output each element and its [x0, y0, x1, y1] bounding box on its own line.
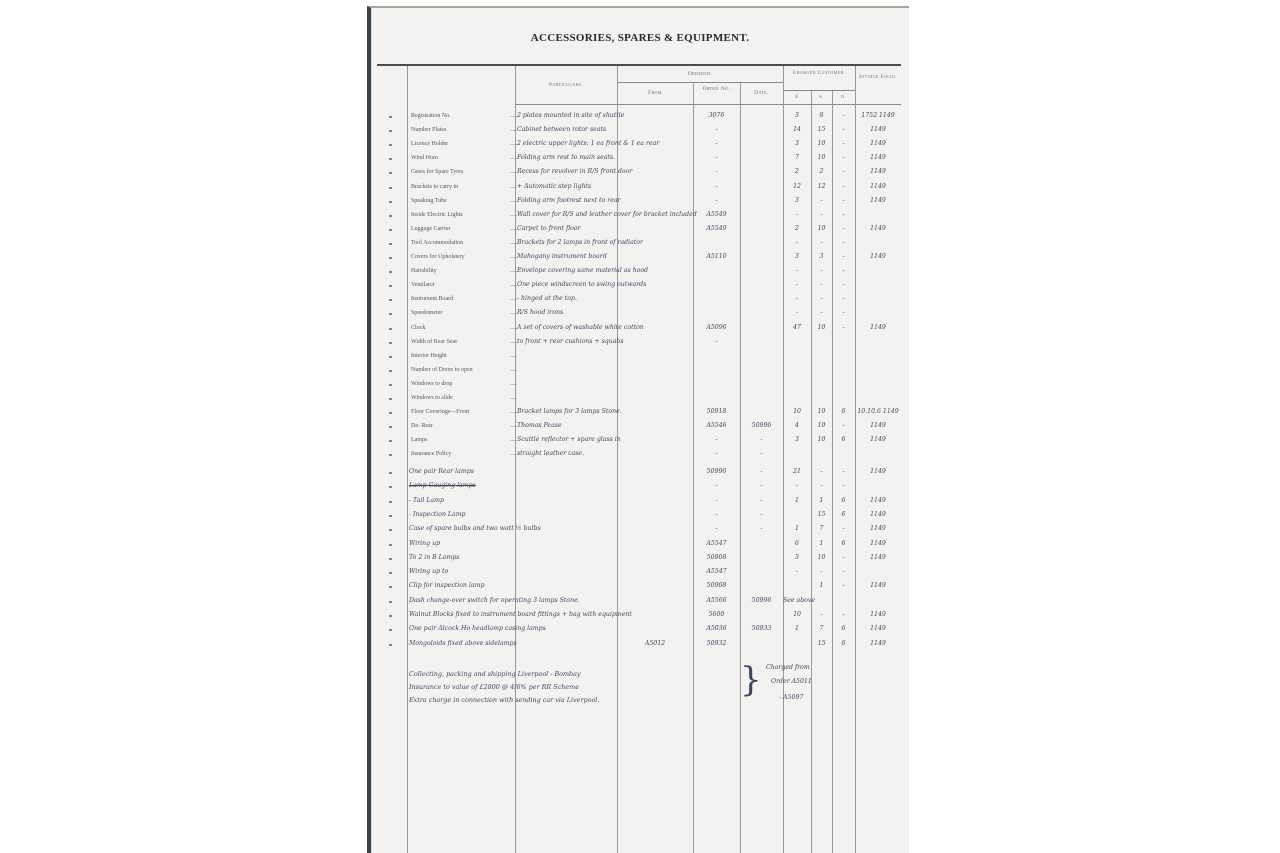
ledger-row: Speedometer—R/S hood irons---: [371, 308, 909, 322]
cell-l: -: [783, 568, 811, 575]
cell-s: -: [811, 568, 832, 575]
bullet-icon: [389, 558, 392, 560]
printed-label: Registration No.: [411, 113, 451, 119]
cell-order-no: 50996: [693, 468, 740, 475]
cell-s: 12: [811, 183, 832, 190]
bullet-icon: [389, 299, 392, 301]
handwritten-entry: One pair Alcock Ho headlamp casing lamps: [409, 625, 546, 632]
cell-folio: 1149: [855, 468, 901, 475]
cell-folio: 1149: [855, 140, 901, 147]
cell-l: See above: [783, 597, 811, 604]
cell-s: 10: [811, 422, 832, 429]
printed-label: Hairsbility: [411, 268, 437, 274]
header-from: From: [617, 90, 693, 96]
cell-date: -: [740, 436, 783, 443]
cell-d: -: [832, 295, 855, 302]
particulars-entry: Recess for revolver in R/S front door: [517, 168, 632, 175]
cell-l: 3: [783, 112, 811, 119]
cell-s: -: [811, 267, 832, 274]
handwritten-entry: - Inspection Lamp: [409, 511, 466, 518]
printed-label: Do. Rear: [411, 423, 433, 429]
bullet-icon: [389, 144, 392, 146]
particulars-entry: 2 plates mounted in site of shuttle: [517, 112, 624, 119]
handwritten-entry: One pair Rear lamps: [409, 468, 474, 475]
handwritten-entry: Walnut Blocks fixed to instrument board …: [409, 611, 632, 618]
footer-note: Collecting, packing and shipping Liverpo…: [409, 670, 581, 678]
cell-s: 3: [811, 253, 832, 260]
cell-folio: 1149: [855, 582, 901, 589]
cell-date: -: [740, 511, 783, 518]
handwritten-entry: Mongoloids fixed above sidelamps: [409, 640, 517, 647]
cell-d: -: [832, 211, 855, 218]
handwritten-entry: Wiring up to: [409, 568, 448, 575]
cell-order-no: -: [693, 154, 740, 161]
cell-order-no: 3076: [693, 112, 740, 119]
bullet-icon: [389, 313, 392, 315]
cell-d: -: [832, 482, 855, 489]
particulars-entry: straight leather case.: [517, 450, 584, 457]
cell-order-no: -: [693, 140, 740, 147]
bullet-icon: [389, 243, 392, 245]
cell-date: 50996: [740, 597, 783, 604]
cell-order-no: -: [693, 197, 740, 204]
bullet-icon: [389, 501, 392, 503]
cell-folio: 1149: [855, 540, 901, 547]
cell-folio: 1149: [855, 511, 901, 518]
ledger-row: Floor Coverings—Front—Bracket lamps for …: [371, 407, 909, 421]
cell-d: -: [832, 468, 855, 475]
particulars-entry: Folding arm footrest next to rear: [517, 197, 621, 204]
ledger-row: Tool Accommodation—Brackets for 2 lamps …: [371, 238, 909, 252]
footer-side-note: - A5097: [779, 694, 803, 701]
ledger-row: One pair Alcock Ho headlamp casing lamps…: [371, 624, 909, 638]
cell-l: 21: [783, 468, 811, 475]
cell-l: 4: [783, 422, 811, 429]
ledger-row: Number Plates—Cabinet between rotor seat…: [371, 125, 909, 139]
leader-dash: —: [510, 295, 517, 303]
leader-dash: —: [510, 267, 517, 275]
ledger-row: Number of Doors to open—: [371, 365, 909, 379]
ledger-row: Windows to drop—: [371, 379, 909, 393]
leader-dash: —: [510, 112, 517, 120]
header-invoice-folio: Invoice Folio.: [855, 74, 901, 80]
ledger-row: Clip for inspection lamp509081-1149: [371, 581, 909, 595]
bullet-icon: [389, 515, 392, 517]
cell-l: 6: [783, 540, 811, 547]
cell-date: -: [740, 468, 783, 475]
cell-folio: 1752 1149: [855, 112, 901, 119]
cell-d: 6: [832, 625, 855, 632]
cell-l: -: [783, 239, 811, 246]
cell-d: -: [832, 611, 855, 618]
ledger-row: Clock—A set of covers of washable white …: [371, 323, 909, 337]
cell-s: -: [811, 281, 832, 288]
leader-dash: —: [510, 239, 517, 247]
cell-s: -: [811, 611, 832, 618]
header-order-no: Order No.: [693, 86, 740, 92]
particulars-entry: R/S hood irons: [517, 309, 563, 316]
ledger-row: Licence Holder—2 electric upper lights: …: [371, 139, 909, 153]
printed-label: Clock: [411, 325, 425, 331]
bullet-icon: [389, 586, 392, 588]
cell-folio: 1149: [855, 197, 901, 204]
handwritten-entry: Wiring up: [409, 540, 440, 547]
bullet-icon: [389, 356, 392, 358]
cell-s: -: [811, 239, 832, 246]
handwritten-entry: Clip for inspection lamp: [409, 582, 484, 589]
cell-l: -: [783, 211, 811, 218]
bullet-icon: [389, 454, 392, 456]
cell-s: 1: [811, 582, 832, 589]
particulars-entry: Bracket lamps for 3 lamps Stone.: [517, 408, 622, 415]
cell-order-no: A5546: [693, 422, 740, 429]
leader-dash: —: [510, 352, 517, 360]
printed-label: Covers for Upholstery: [411, 254, 465, 260]
cell-l: 3: [783, 140, 811, 147]
printed-label: Number of Doors to open: [411, 367, 473, 373]
header-shillings: s.: [811, 94, 832, 100]
cell-order-no: A5110: [693, 253, 740, 260]
cell-order-no: -: [693, 497, 740, 504]
cell-d: -: [832, 239, 855, 246]
cell-order-no: -: [693, 126, 740, 133]
header-pence: d.: [832, 94, 855, 100]
printed-label: Ventilator: [411, 282, 435, 288]
cell-d: 6: [832, 436, 855, 443]
cell-l: -: [783, 267, 811, 274]
particulars-entry: Folding arm rest to main seats.: [517, 154, 615, 161]
ledger-row: Speaking Tube—Folding arm footrest next …: [371, 196, 909, 210]
cell-l: 1: [783, 525, 811, 532]
cell-order-no: -: [693, 450, 740, 457]
particulars-entry: Mahogany instrument board: [517, 253, 607, 260]
printed-label: Licence Holder: [411, 141, 448, 147]
bullet-icon: [389, 615, 392, 617]
particulars-entry: Cabinet between rotor seats: [517, 126, 606, 133]
leader-dash: —: [510, 154, 517, 162]
bullet-icon: [389, 440, 392, 442]
bullet-icon: [389, 342, 392, 344]
bullet-icon: [389, 412, 392, 414]
bullet-icon: [389, 544, 392, 546]
cell-folio: 1149: [855, 611, 901, 618]
cell-folio: 1149: [855, 253, 901, 260]
printed-label: Floor Coverings—Front: [411, 409, 469, 415]
header-charged-customer: Charged Customer.: [783, 70, 855, 76]
printed-label: Width of Rear Seat: [411, 339, 457, 345]
cell-order-no: -: [693, 482, 740, 489]
cell-s: 1: [811, 540, 832, 547]
cell-d: -: [832, 582, 855, 589]
cell-l: 10: [783, 611, 811, 618]
printed-label: Speedometer: [411, 310, 442, 316]
particulars-entry: Brackets for 2 lamps in front of radiato…: [517, 239, 643, 246]
cell-l: -: [783, 295, 811, 302]
cell-l: 3: [783, 554, 811, 561]
cell-order-no: 50908: [693, 554, 740, 561]
cell-d: -: [832, 554, 855, 561]
cell-folio: 1149: [855, 168, 901, 175]
printed-label: Luggage Carrier: [411, 226, 450, 232]
particulars-entry: Wall cover for R/S and leather cover for…: [517, 211, 697, 218]
cell-folio: 1149: [855, 422, 901, 429]
ledger-row: Dash change-over switch for operating 3 …: [371, 596, 909, 610]
leader-dash: —: [510, 183, 517, 191]
cell-s: 10: [811, 554, 832, 561]
leader-dash: —: [510, 436, 517, 444]
cell-order-no: A5547: [693, 540, 740, 547]
particulars-entry: 2 electric upper lights: 1 ea front & 1 …: [517, 140, 659, 147]
cell-s: 1: [811, 497, 832, 504]
leader-dash: —: [510, 197, 517, 205]
header-line: [515, 104, 901, 105]
leader-dash: —: [510, 126, 517, 134]
leader-dash: —: [510, 380, 517, 388]
cell-d: -: [832, 225, 855, 232]
ledger-row: Mongoloids fixed above sidelampsA5012509…: [371, 639, 909, 653]
leader-dash: —: [510, 366, 517, 374]
cell-l: 1: [783, 497, 811, 504]
header-particulars: Particulars.: [515, 82, 617, 88]
bullet-icon: [389, 529, 392, 531]
particulars-entry: Scuttle reflector + spare glass in: [517, 436, 621, 443]
ledger-row: Inside Electric Lights—Wall cover for R/…: [371, 210, 909, 224]
printed-label: Speaking Tube: [411, 198, 447, 204]
cell-l: 3: [783, 197, 811, 204]
ledger-row: Wind Horn—Folding arm rest to main seats…: [371, 153, 909, 167]
cell-folio: 1149: [855, 497, 901, 504]
bullet-icon: [389, 370, 392, 372]
cell-s: 10: [811, 225, 832, 232]
cell-folio: 1149: [855, 126, 901, 133]
cell-d: 6: [832, 511, 855, 518]
cell-order-no: 50918: [693, 408, 740, 415]
leader-dash: —: [510, 309, 517, 317]
ledger-row: Hairsbility—Envelope covering same mater…: [371, 266, 909, 280]
leader-dash: —: [510, 450, 517, 458]
cell-s: -: [811, 295, 832, 302]
ledger-row: Do. Rear—Thomas PeaseA554650996410-1149: [371, 421, 909, 435]
ledger-row: Interior Height—: [371, 351, 909, 365]
bullet-icon: [389, 486, 392, 488]
ledger-row: Lamp Gauging lamps-----: [371, 481, 909, 495]
particulars-entry: Envelope covering same material as hood: [517, 267, 648, 274]
bullet-icon: [389, 472, 392, 474]
leader-dash: —: [510, 408, 517, 416]
bullet-icon: [389, 257, 392, 259]
cell-s: 7: [811, 525, 832, 532]
cell-l: -: [783, 309, 811, 316]
cell-d: -: [832, 253, 855, 260]
ledger-row: Windows to slide—: [371, 393, 909, 407]
printed-label: Brackets to carry in: [411, 184, 458, 190]
ledger-row: Insurance Policy—straight leather case.-…: [371, 449, 909, 463]
particulars-entry: to front + rear cushions + squabs: [517, 338, 624, 345]
bullet-icon: [389, 285, 392, 287]
cell-d: -: [832, 140, 855, 147]
cell-d: -: [832, 168, 855, 175]
bullet-icon: [389, 384, 392, 386]
cell-order-no: -: [693, 338, 740, 345]
cell-d: -: [832, 324, 855, 331]
bullet-icon: [389, 229, 392, 231]
printed-label: Number Plates: [411, 127, 447, 133]
bullet-icon: [389, 572, 392, 574]
header-date: Date.: [740, 90, 783, 96]
ledger-row: Walnut Blocks fixed to instrument board …: [371, 610, 909, 624]
printed-label: Lamps: [411, 437, 427, 443]
cell-folio: 1149: [855, 525, 901, 532]
bullet-icon: [389, 644, 392, 646]
particulars-entry: Thomas Pease: [517, 422, 562, 429]
bullet-icon: [389, 130, 392, 132]
leader-dash: —: [510, 225, 517, 233]
particulars-entry: A set of covers of washable white cotton: [517, 324, 644, 331]
cell-s: 10: [811, 154, 832, 161]
bullet-icon: [389, 398, 392, 400]
page-title: ACCESSORIES, SPARES & EQUIPMENT.: [371, 32, 909, 44]
cell-order-no: 50908: [693, 582, 740, 589]
ledger-row: Wiring up toA5547---: [371, 567, 909, 581]
ledger-row: Registration No.—2 plates mounted in sit…: [371, 111, 909, 125]
particulars-entry: One piece windscreen to swing outwards: [517, 281, 646, 288]
printed-label: Instrument Board: [411, 296, 453, 302]
cell-order-no: A5547: [693, 568, 740, 575]
cell-l: -: [783, 281, 811, 288]
cell-l: 12: [783, 183, 811, 190]
leader-dash: —: [510, 168, 517, 176]
handwritten-entry: Lamp Gauging lamps: [409, 482, 476, 489]
cell-d: -: [832, 267, 855, 274]
cell-s: -: [811, 309, 832, 316]
cell-l: 3: [783, 253, 811, 260]
cell-s: 10: [811, 324, 832, 331]
cell-order-no: -: [693, 168, 740, 175]
leader-dash: —: [510, 140, 517, 148]
leader-dash: —: [510, 394, 517, 402]
cell-l: 1: [783, 625, 811, 632]
ledger-row: - Tail Lamp--1161149: [371, 496, 909, 510]
bullet-icon: [389, 601, 392, 603]
printed-label: Windows to slide: [411, 395, 453, 401]
cell-s: 10: [811, 436, 832, 443]
cell-l: 3: [783, 436, 811, 443]
cell-l: 47: [783, 324, 811, 331]
leader-dash: —: [510, 422, 517, 430]
cell-date: 50933: [740, 625, 783, 632]
cell-d: 6: [832, 408, 855, 415]
cell-folio: 1149: [855, 640, 901, 647]
cell-folio: 1149: [855, 554, 901, 561]
cell-d: -: [832, 281, 855, 288]
bullet-icon: [389, 201, 392, 203]
printed-label: Interior Height: [411, 353, 447, 359]
cell-folio: 1149: [855, 324, 901, 331]
bullet-icon: [389, 629, 392, 631]
cell-s: 10: [811, 408, 832, 415]
ledger-page: ACCESSORIES, SPARES & EQUIPMENT. Particu…: [367, 6, 909, 853]
cell-s: 8: [811, 112, 832, 119]
printed-label: Inside Electric Lights: [411, 212, 463, 218]
cell-folio: 1149: [855, 183, 901, 190]
cell-folio: 10.10.6 1149: [855, 408, 901, 415]
cell-d: -: [832, 568, 855, 575]
particulars-entry: Carpet to front floor: [517, 225, 581, 232]
cell-date: -: [740, 525, 783, 532]
printed-label: Windows to drop: [411, 381, 452, 387]
handwritten-entry: Dash change-over switch for operating 3 …: [409, 597, 580, 604]
particulars-entry: + Automatic step lights: [517, 183, 591, 190]
cell-folio: 1149: [855, 436, 901, 443]
cell-l: 2: [783, 168, 811, 175]
cell-d: -: [832, 422, 855, 429]
cell-date: -: [740, 497, 783, 504]
cell-folio: 1149: [855, 225, 901, 232]
bullet-icon: [389, 172, 392, 174]
ledger-row: Luggage Carrier—Carpet to front floorA55…: [371, 224, 909, 238]
cell-folio: 1149: [855, 154, 901, 161]
header-pounds: £: [783, 94, 811, 100]
cell-order-no: A5549: [693, 225, 740, 232]
cell-d: -: [832, 525, 855, 532]
bullet-icon: [389, 215, 392, 217]
bullet-icon: [389, 116, 392, 118]
ledger-row: Case of spare bulbs and two watt ½ bulbs…: [371, 524, 909, 538]
cell-order-no: A5036: [693, 625, 740, 632]
printed-label: Insurance Policy: [411, 451, 451, 457]
cell-s: -: [811, 468, 832, 475]
cell-s: 15: [811, 511, 832, 518]
header-line: [783, 90, 855, 91]
leader-dash: —: [510, 281, 517, 289]
handwritten-entry: Case of spare bulbs and two watt ½ bulbs: [409, 525, 541, 532]
cell-date: 50996: [740, 422, 783, 429]
cell-d: -: [832, 154, 855, 161]
leader-dash: —: [510, 211, 517, 219]
ledger-row: To 2 in B Lamps50908310-1149: [371, 553, 909, 567]
ledger-row: Covers for Upholstery—Mahogany instrumen…: [371, 252, 909, 266]
leader-dash: —: [510, 324, 517, 332]
handwritten-entry: To 2 in B Lamps: [409, 554, 460, 561]
cell-order-no: A5096: [693, 324, 740, 331]
ledger-row: Brackets to carry in—+ Automatic step li…: [371, 182, 909, 196]
ledger-row: - Inspection Lamp--1561149: [371, 510, 909, 524]
header-rule: [377, 64, 901, 66]
leader-dash: —: [510, 253, 517, 261]
header-ordered: Ordered.: [617, 71, 783, 77]
cell-date: -: [740, 482, 783, 489]
leader-dash: —: [510, 338, 517, 346]
cell-d: 6: [832, 497, 855, 504]
ledger-row: Instrument Board—- hinged at the top.---: [371, 294, 909, 308]
cell-l: -: [783, 482, 811, 489]
footer-note: Insurance to value of £2800 @ 4/6% per R…: [409, 683, 579, 691]
cell-s: 7: [811, 625, 832, 632]
ledger-row: Cases for Spare Tyres—Recess for revolve…: [371, 167, 909, 181]
printed-label: Tool Accommodation: [411, 240, 463, 246]
cell-d: -: [832, 183, 855, 190]
cell-l: 2: [783, 225, 811, 232]
cell-d: -: [832, 112, 855, 119]
cell-order-no: 50932: [693, 640, 740, 647]
cell-l: 14: [783, 126, 811, 133]
printed-label: Cases for Spare Tyres: [411, 169, 463, 175]
cell-l: 10: [783, 408, 811, 415]
cell-order-no: -: [693, 511, 740, 518]
cell-s: -: [811, 211, 832, 218]
ledger-row: One pair Rear lamps50996-21--1149: [371, 467, 909, 481]
brace-mark: }: [740, 660, 762, 700]
